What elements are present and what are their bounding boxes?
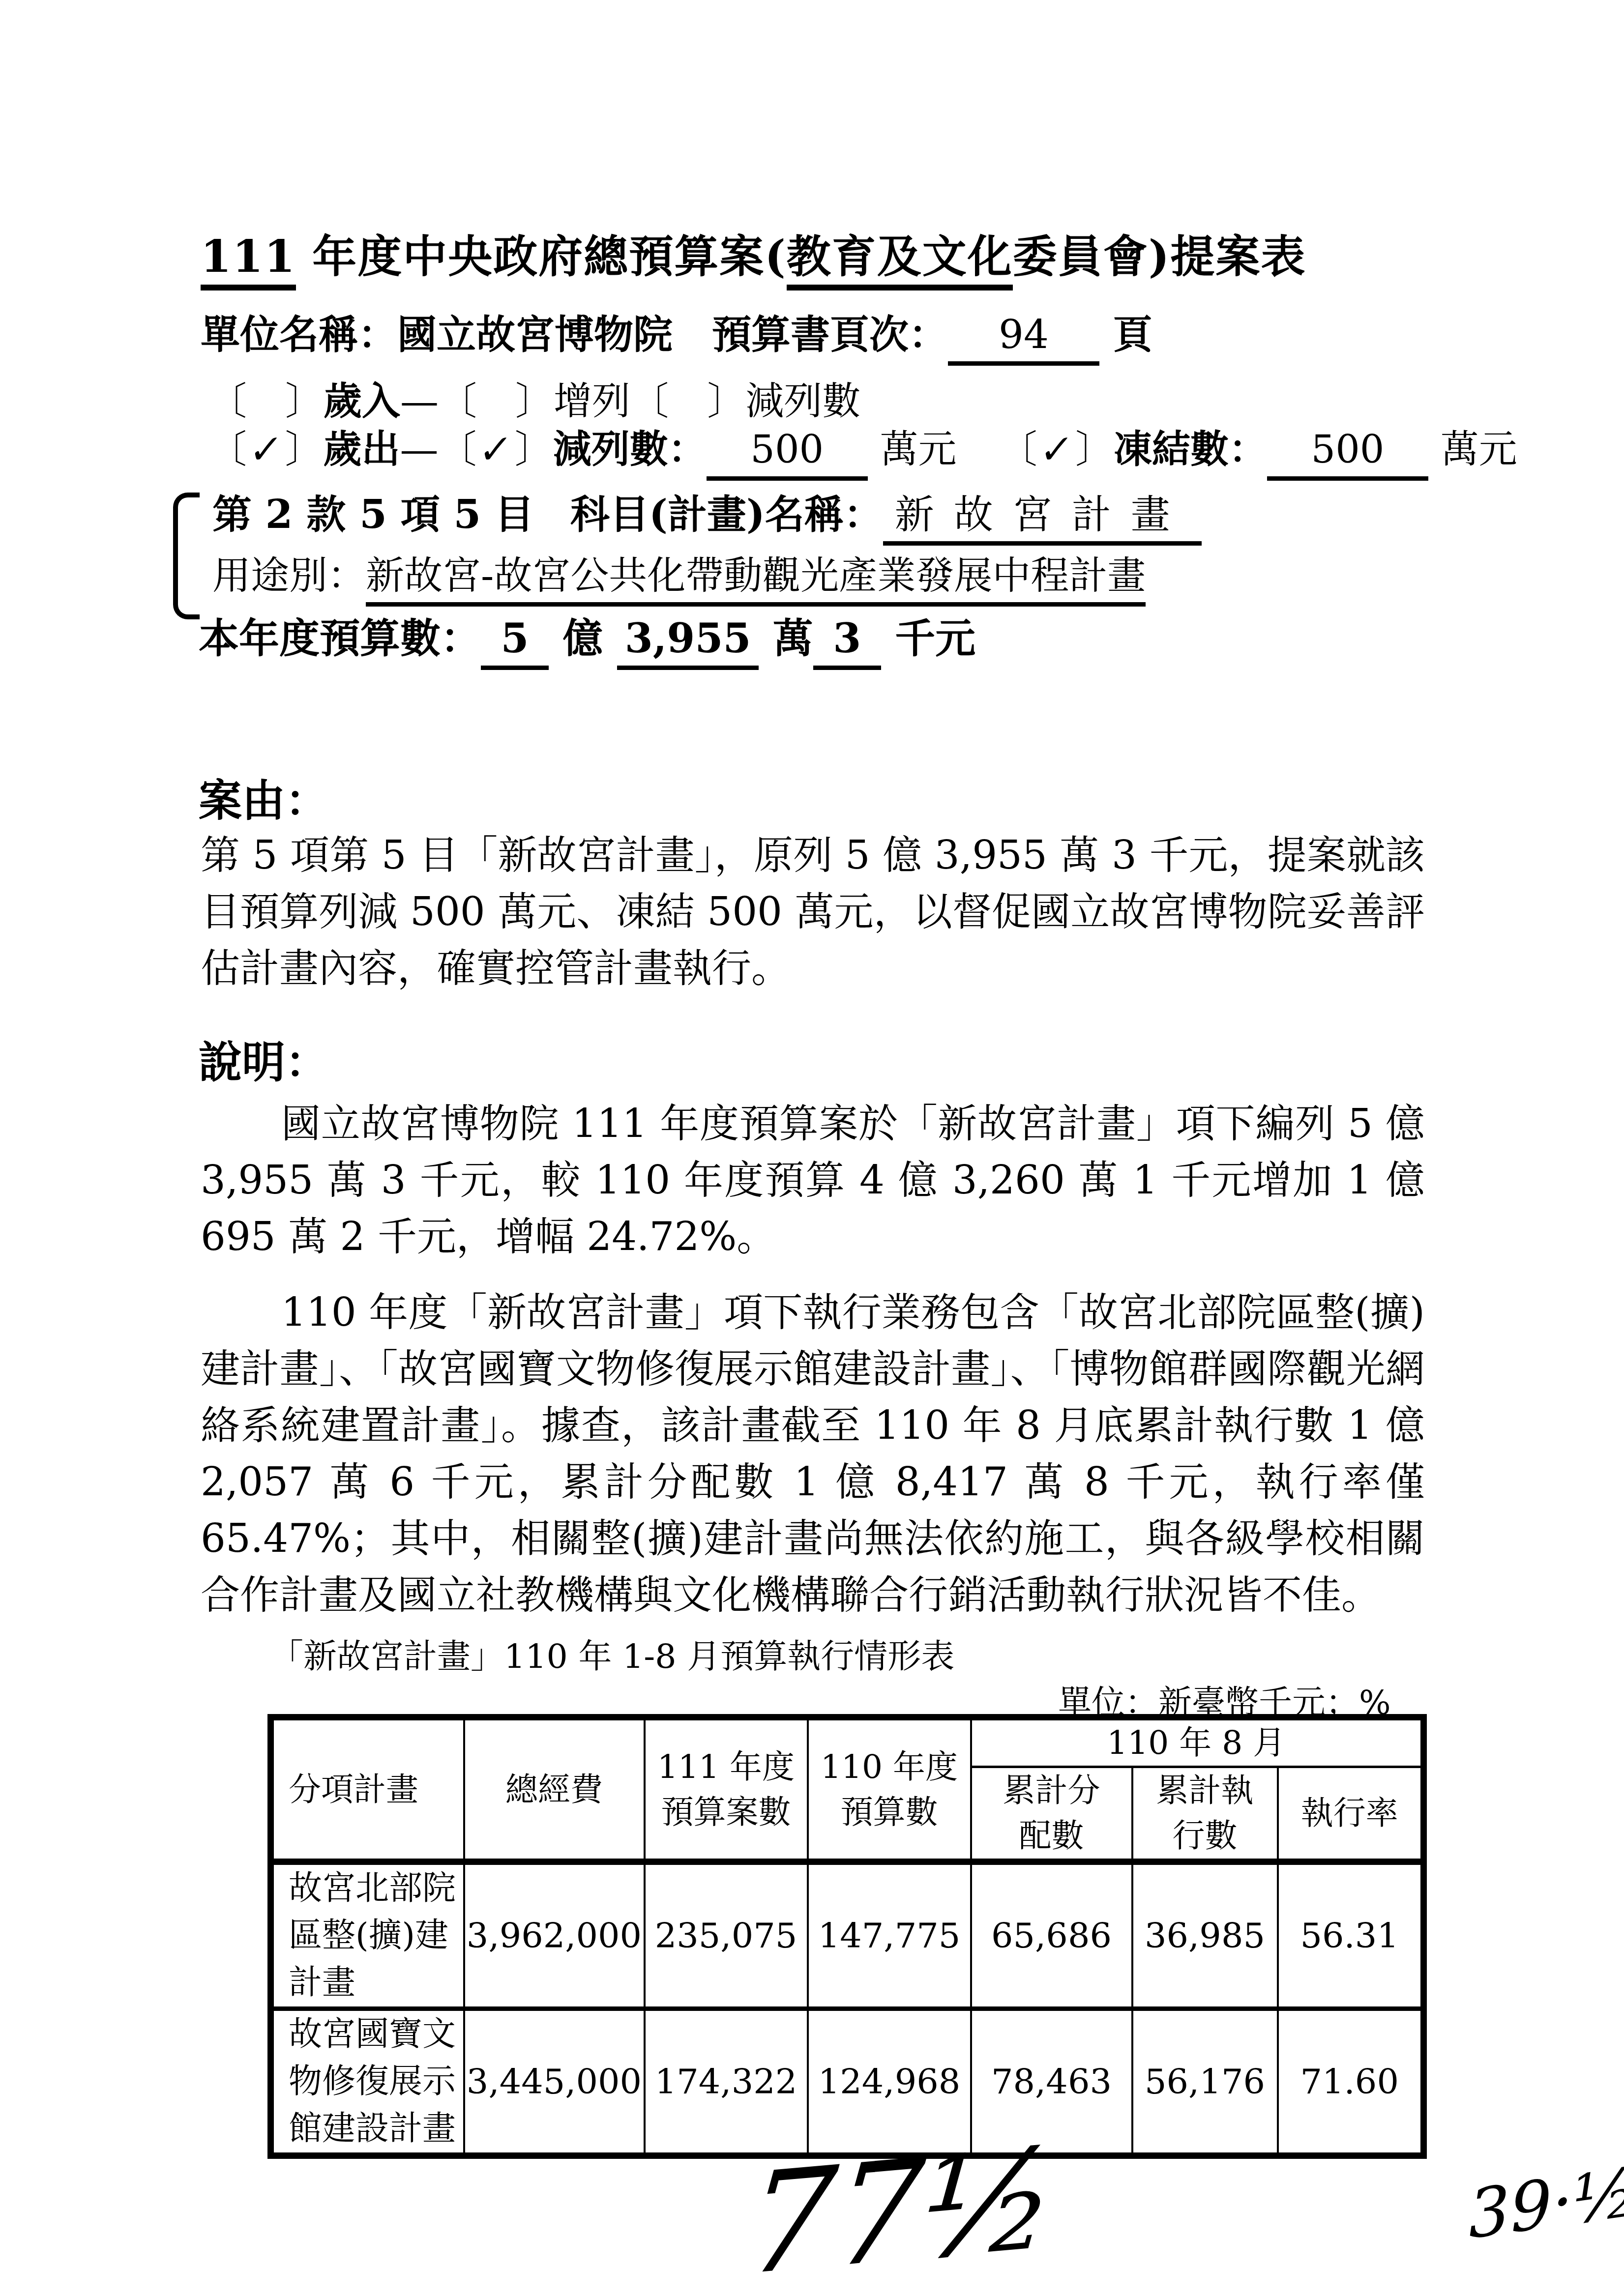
cell-rate: 56.31: [1278, 1862, 1424, 2009]
title-tail: 委員會)提案表: [1013, 231, 1306, 283]
header-fy110: 110 年度 預算數: [808, 1717, 971, 1862]
checkbox-increase: 〔 〕: [439, 379, 554, 424]
usage-value-underlined: 新故宮-故宮公共化帶動觀光產業發展中程計畫: [366, 554, 1146, 607]
header-exec: 累計執 行數: [1132, 1767, 1278, 1862]
handwritten-page-number-center: 77½: [742, 2129, 1062, 2295]
unit-name-label: 單位名稱：國立故宮博物院 預算書頁次：: [201, 311, 948, 357]
table-row: 故宮北部院區整(擴)建計畫 3,962,000 235,075 147,775 …: [271, 1862, 1424, 2009]
dash: —: [400, 428, 438, 472]
budget-execution-table: 分項計畫 總經費 111 年度 預算案數 110 年度 預算數 110 年 8 …: [267, 1714, 1427, 2159]
title-mid: 年度中央政府總預算案(: [296, 231, 787, 283]
cell-total: 3,445,000: [464, 2009, 645, 2156]
budget-v2-blank: 3,955: [617, 614, 759, 670]
cell-fy110: 147,775: [808, 1862, 971, 2009]
cell-alloc: 65,686: [971, 1862, 1132, 2009]
checkbox-cut-checked: 〔✓〕: [438, 428, 553, 472]
explanation-heading: 說明：: [199, 1036, 328, 1088]
case-body: 第 5 項第 5 目「新故宮計畫」，原列 5 億 3,955 萬 3 千元，提案…: [201, 827, 1425, 996]
header-alloc: 累計分 配數: [971, 1767, 1132, 1862]
unit-name-line: 單位名稱：國立故宮博物院 預算書頁次：94 頁: [201, 311, 1152, 366]
explanation-paragraph-1: 國立故宮博物院 111 年度預算案於「新故宮計畫」項下編列 5 億 3,955 …: [201, 1095, 1425, 1265]
checkbox-decrease: 〔 〕: [630, 379, 745, 424]
decrease-label: 減列數: [745, 379, 860, 424]
title-committee-underlined: 教育及文化: [787, 231, 1013, 291]
budget-u1: 億: [549, 615, 617, 662]
cell-rate: 71.60: [1278, 2009, 1424, 2156]
cell-total: 3,962,000: [464, 1862, 645, 2009]
cut-amount-unit: 萬元: [880, 428, 957, 472]
checkbox-revenue: 〔 〕: [208, 379, 324, 424]
increase-label: 增列: [554, 379, 630, 424]
budget-book-page-blank: 94: [948, 311, 1099, 366]
check-icon: ✓: [474, 425, 518, 475]
section-number: 第 2 款 5 項 5 目: [212, 491, 534, 537]
section-subject-line: 第 2 款 5 項 5 目科目(計畫)名稱：新故宮計畫: [212, 491, 1202, 546]
expenditure-option-line: 〔✓〕歲出—〔✓〕減列數：500 萬元〔✓〕凍結數：500 萬元: [208, 427, 1517, 481]
title-year-underlined: 111: [201, 231, 296, 291]
subject-label: 科目(計畫)名稱：: [570, 491, 883, 537]
cell-fy111: 235,075: [645, 1862, 808, 2009]
cell-exec: 36,985: [1132, 1862, 1278, 2009]
expenditure-label: 歲出: [323, 427, 400, 472]
cell-exec: 56,176: [1132, 2009, 1278, 2156]
budget-u2: 萬: [759, 615, 813, 662]
header-total: 總經費: [464, 1717, 645, 1862]
revenue-label: 歲入: [324, 379, 400, 424]
explanation-paragraph-2: 110 年度「新故宮計畫」項下執行業務包含「故宮北部院區整(擴)建計畫」、「故宮…: [201, 1284, 1425, 1623]
page-title: 111 年度中央政府總預算案(教育及文化委員會)提案表: [201, 230, 1306, 283]
checkbox-expenditure-checked: 〔✓〕: [208, 428, 323, 472]
subject-value-blank: 新故宮計畫: [883, 491, 1202, 546]
usage-line: 用途別：新故宮-故宮公共化帶動觀光產業發展中程計畫: [212, 553, 1146, 600]
cut-amount-label: 減列數：: [553, 427, 707, 472]
budget-u3: 千元: [881, 615, 976, 662]
checkbox-freeze-checked: 〔✓〕: [999, 428, 1114, 472]
cell-plan: 故宮北部院區整(擴)建計畫: [271, 1862, 464, 2009]
check-icon: ✓: [244, 425, 288, 475]
cell-fy111: 174,322: [645, 2009, 808, 2156]
header-rate: 執行率: [1278, 1767, 1424, 1862]
freeze-amount-label: 凍結數：: [1114, 427, 1267, 472]
cut-amount-blank: 500: [707, 427, 868, 481]
usage-label: 用途別：: [212, 554, 366, 598]
page-suffix: 頁: [1113, 311, 1152, 357]
handwritten-page-number-right: 39·½: [1467, 2158, 1624, 2249]
budget-v1-blank: 5: [481, 614, 549, 670]
header-plan: 分項計畫: [271, 1717, 464, 1862]
budget-v3-blank: 3: [813, 614, 881, 670]
budget-label: 本年度預算數：: [199, 615, 481, 662]
dash: —: [400, 379, 439, 424]
revenue-option-line: 〔 〕歲入—〔 〕增列〔 〕減列數: [208, 378, 860, 425]
scanned-document-page: 111 年度中央政府總預算案(教育及文化委員會)提案表 單位名稱：國立故宮博物院…: [0, 0, 1624, 2296]
freeze-amount-blank: 500: [1267, 427, 1428, 481]
cell-plan: 故宮國寶文物修復展示館建設計畫: [271, 2009, 464, 2156]
case-heading: 案由：: [199, 775, 328, 827]
check-icon: ✓: [1034, 425, 1078, 475]
header-aug-110: 110 年 8 月: [971, 1717, 1424, 1767]
table-row: 故宮國寶文物修復展示館建設計畫 3,445,000 174,322 124,96…: [271, 2009, 1424, 2156]
freeze-amount-unit: 萬元: [1441, 428, 1517, 472]
header-fy111: 111 年度 預算案數: [645, 1717, 808, 1862]
table-caption: 「新故宮計畫」110 年 1-8 月預算執行情形表: [270, 1637, 954, 1677]
group-bracket-shape: [173, 493, 200, 619]
budget-amount-line: 本年度預算數：5 億 3,955 萬3 千元: [199, 614, 975, 670]
